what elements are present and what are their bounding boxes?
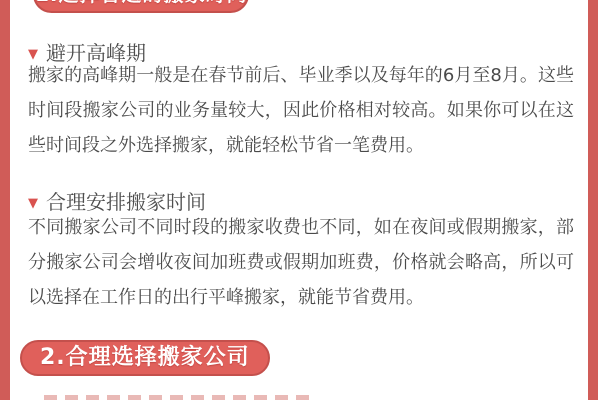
body-line: 以选择在工作日的出行平峰搬家，就能节省费用。 — [28, 280, 574, 315]
triangle-marker-icon: ▼ — [28, 196, 38, 211]
section-badge-1: 1.选择合适的搬家时间 — [33, 0, 249, 13]
section-body-1: 搬家的高峰期一般是在春节前后、毕业季以及每年的6月至8月。这些 时间段搬家公司的… — [28, 58, 574, 163]
body-line: 些时间段之外选择搬家，就能轻松节省一笔费用。 — [28, 128, 574, 163]
section-badge-1-label: 1.选择合适的搬家时间 — [35, 0, 248, 6]
body-line: 分搬家公司会增收夜间加班费或假期加班费，价格就会略高，所以可 — [28, 245, 574, 280]
body-line: 不同搬家公司不同时段的搬家收费也不同，如在夜间或假期搬家，部 — [28, 210, 574, 245]
section-body-2: 不同搬家公司不同时段的搬家收费也不同，如在夜间或假期搬家，部 分搬家公司会增收夜… — [28, 210, 574, 315]
body-line: 搬家的高峰期一般是在春节前后、毕业季以及每年的6月至8月。这些 — [28, 58, 574, 93]
article-page: 1.选择合适的搬家时间 ▼避开高峰期 搬家的高峰期一般是在春节前后、毕业季以及每… — [0, 0, 600, 400]
right-border-bar — [588, 0, 598, 400]
clipped-next-section-text — [44, 395, 316, 400]
left-border-bar — [0, 0, 10, 400]
section-badge-2: 2.合理选择搬家公司 — [20, 340, 270, 376]
section-badge-2-label: 2.合理选择搬家公司 — [40, 345, 250, 370]
body-line: 时间段搬家公司的业务量较大，因此价格相对较高。如果你可以在这 — [28, 93, 574, 128]
